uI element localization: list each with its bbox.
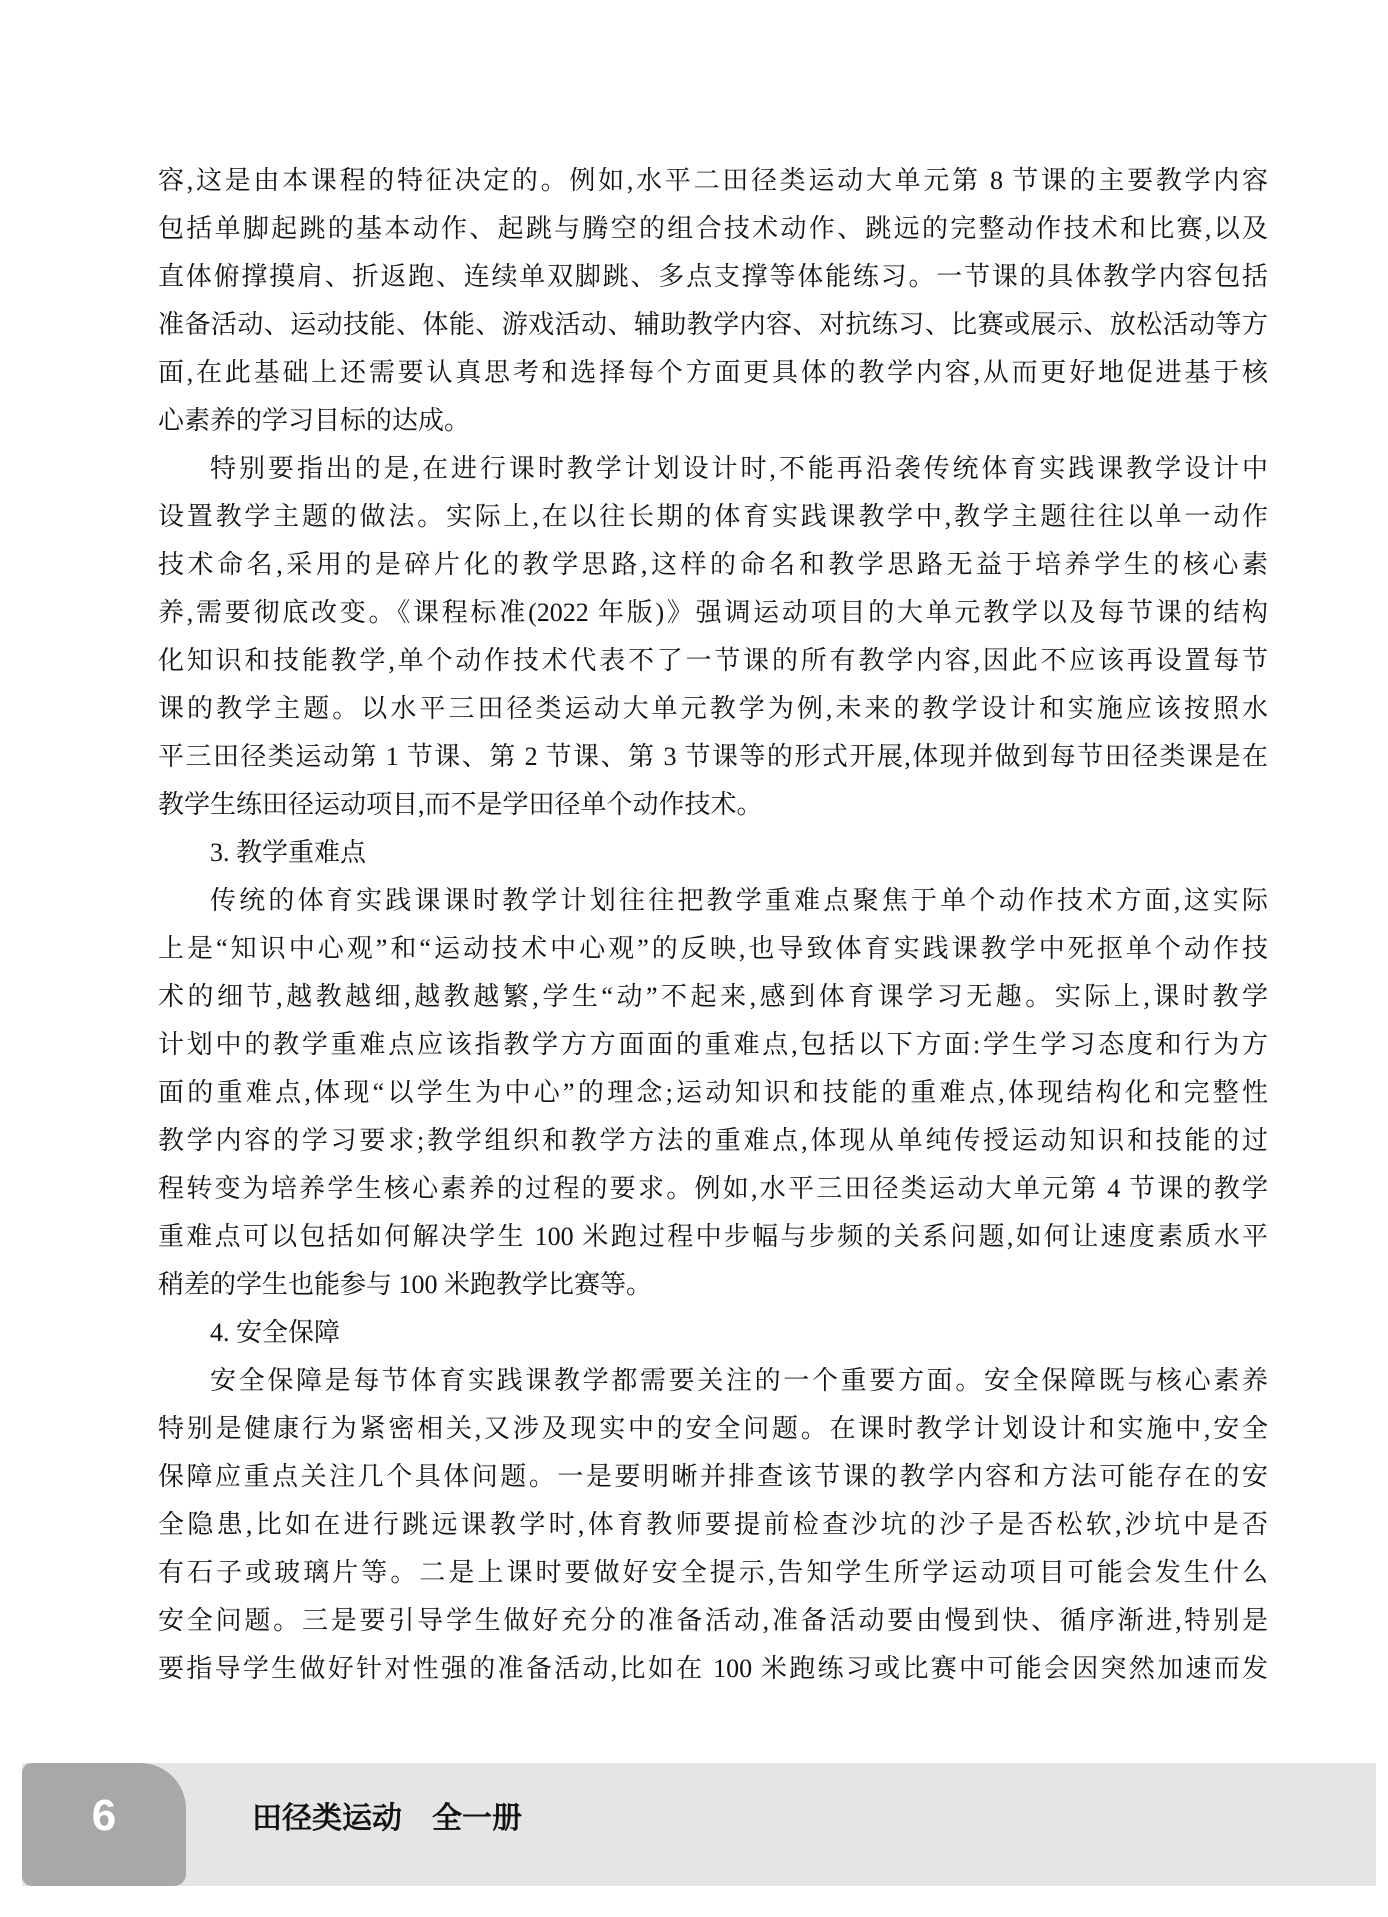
text-line: 安全保障是每节体育实践课教学都需要关注的一个重要方面。安全保障既与核心素养 [158, 1357, 1268, 1405]
text-line: 心素养的学习目标的达成。 [158, 397, 1268, 445]
text-line: 化知识和技能教学,单个动作技术代表不了一节课的所有教学内容,因此不应该再设置每节 [158, 637, 1268, 685]
text-line: 设置教学主题的做法。实际上,在以往长期的体育实践课教学中,教学主题往往以单一动作 [158, 493, 1268, 541]
paragraph: 安全保障是每节体育实践课教学都需要关注的一个重要方面。安全保障既与核心素养 特别… [158, 1357, 1268, 1693]
text-line: 平三田径类运动第 1 节课、第 2 节课、第 3 节课等的形式开展,体现并做到每… [158, 733, 1268, 781]
text-line: 术的细节,越教越细,越教越繁,学生“动”不起来,感到体育课学习无趣。实际上,课时… [158, 973, 1268, 1021]
section-heading: 4. 安全保障 [158, 1309, 1268, 1357]
text-line: 上是“知识中心观”和“运动技术中心观”的反映,也导致体育实践课教学中死抠单个动作… [158, 925, 1268, 973]
book-page: 容,这是由本课程的特征决定的。例如,水平二田径类运动大单元第 8 节课的主要教学… [0, 0, 1388, 1917]
page-number-tab: 6 [22, 1763, 186, 1886]
text-line: 传统的体育实践课课时教学计划往往把教学重难点聚焦于单个动作技术方面,这实际 [158, 877, 1268, 925]
text-line: 程转变为培养学生核心素养的过程的要求。例如,水平三田径类运动大单元第 4 节课的… [158, 1165, 1268, 1213]
paragraph: 传统的体育实践课课时教学计划往往把教学重难点聚焦于单个动作技术方面,这实际 上是… [158, 877, 1268, 1309]
text-line: 有石子或玻璃片等。二是上课时要做好安全提示,告知学生所学运动项目可能会发生什么 [158, 1549, 1268, 1597]
text-line: 重难点可以包括如何解决学生 100 米跑过程中步幅与步频的关系问题,如何让速度素… [158, 1213, 1268, 1261]
text-line: 面,在此基础上还需要认真思考和选择每个方面更具体的教学内容,从而更好地促进基于核 [158, 349, 1268, 397]
page-number: 6 [92, 1791, 116, 1841]
text-line: 教学生练田径运动项目,而不是学田径单个动作技术。 [158, 781, 1268, 829]
text-line: 要指导学生做好针对性强的准备活动,比如在 100 米跑练习或比赛中可能会因突然加… [158, 1645, 1268, 1693]
text-line: 包括单脚起跳的基本动作、起跳与腾空的组合技术动作、跳远的完整动作技术和比赛,以及 [158, 205, 1268, 253]
text-line: 准备活动、运动技能、体能、游戏活动、辅助教学内容、对抗练习、比赛或展示、放松活动… [158, 301, 1268, 349]
book-title: 田径类运动 全一册 [252, 1753, 522, 1876]
text-line: 直体俯撑摸肩、折返跑、连续单双脚跳、多点支撑等体能练习。一节课的具体教学内容包括 [158, 253, 1268, 301]
text-line: 课的教学主题。以水平三田径类运动大单元教学为例,未来的教学设计和实施应该按照水 [158, 685, 1268, 733]
text-line: 保障应重点关注几个具体问题。一是要明晰并排查该节课的教学内容和方法可能存在的安 [158, 1453, 1268, 1501]
page-body-text: 容,这是由本课程的特征决定的。例如,水平二田径类运动大单元第 8 节课的主要教学… [158, 157, 1268, 1693]
text-line: 容,这是由本课程的特征决定的。例如,水平二田径类运动大单元第 8 节课的主要教学… [158, 157, 1268, 205]
text-line: 安全问题。三是要引导学生做好充分的准备活动,准备活动要由慢到快、循序渐进,特别是 [158, 1597, 1268, 1645]
text-line: 教学内容的学习要求;教学组织和教学方法的重难点,体现从单纯传授运动知识和技能的过 [158, 1117, 1268, 1165]
paragraph: 容,这是由本课程的特征决定的。例如,水平二田径类运动大单元第 8 节课的主要教学… [158, 157, 1268, 445]
section-heading: 3. 教学重难点 [158, 829, 1268, 877]
paragraph: 特别要指出的是,在进行课时教学计划设计时,不能再沿袭传统体育实践课教学设计中 设… [158, 445, 1268, 829]
text-line: 特别要指出的是,在进行课时教学计划设计时,不能再沿袭传统体育实践课教学设计中 [158, 445, 1268, 493]
text-line: 养,需要彻底改变。《课程标准(2022 年版)》强调运动项目的大单元教学以及每节… [158, 589, 1268, 637]
text-line: 计划中的教学重难点应该指教学方方面面的重难点,包括以下方面:学生学习态度和行为方 [158, 1021, 1268, 1069]
text-line: 全隐患,比如在进行跳远课教学时,体育教师要提前检查沙坑的沙子是否松软,沙坑中是否 [158, 1501, 1268, 1549]
text-line: 特别是健康行为紧密相关,又涉及现实中的安全问题。在课时教学计划设计和实施中,安全 [158, 1405, 1268, 1453]
text-line: 稍差的学生也能参与 100 米跑教学比赛等。 [158, 1261, 1268, 1309]
footer-bar: 6 田径类运动 全一册 [22, 1763, 1376, 1886]
text-line: 面的重难点,体现“以学生为中心”的理念;运动知识和技能的重难点,体现结构化和完整… [158, 1069, 1268, 1117]
text-line: 技术命名,采用的是碎片化的教学思路,这样的命名和教学思路无益于培养学生的核心素 [158, 541, 1268, 589]
